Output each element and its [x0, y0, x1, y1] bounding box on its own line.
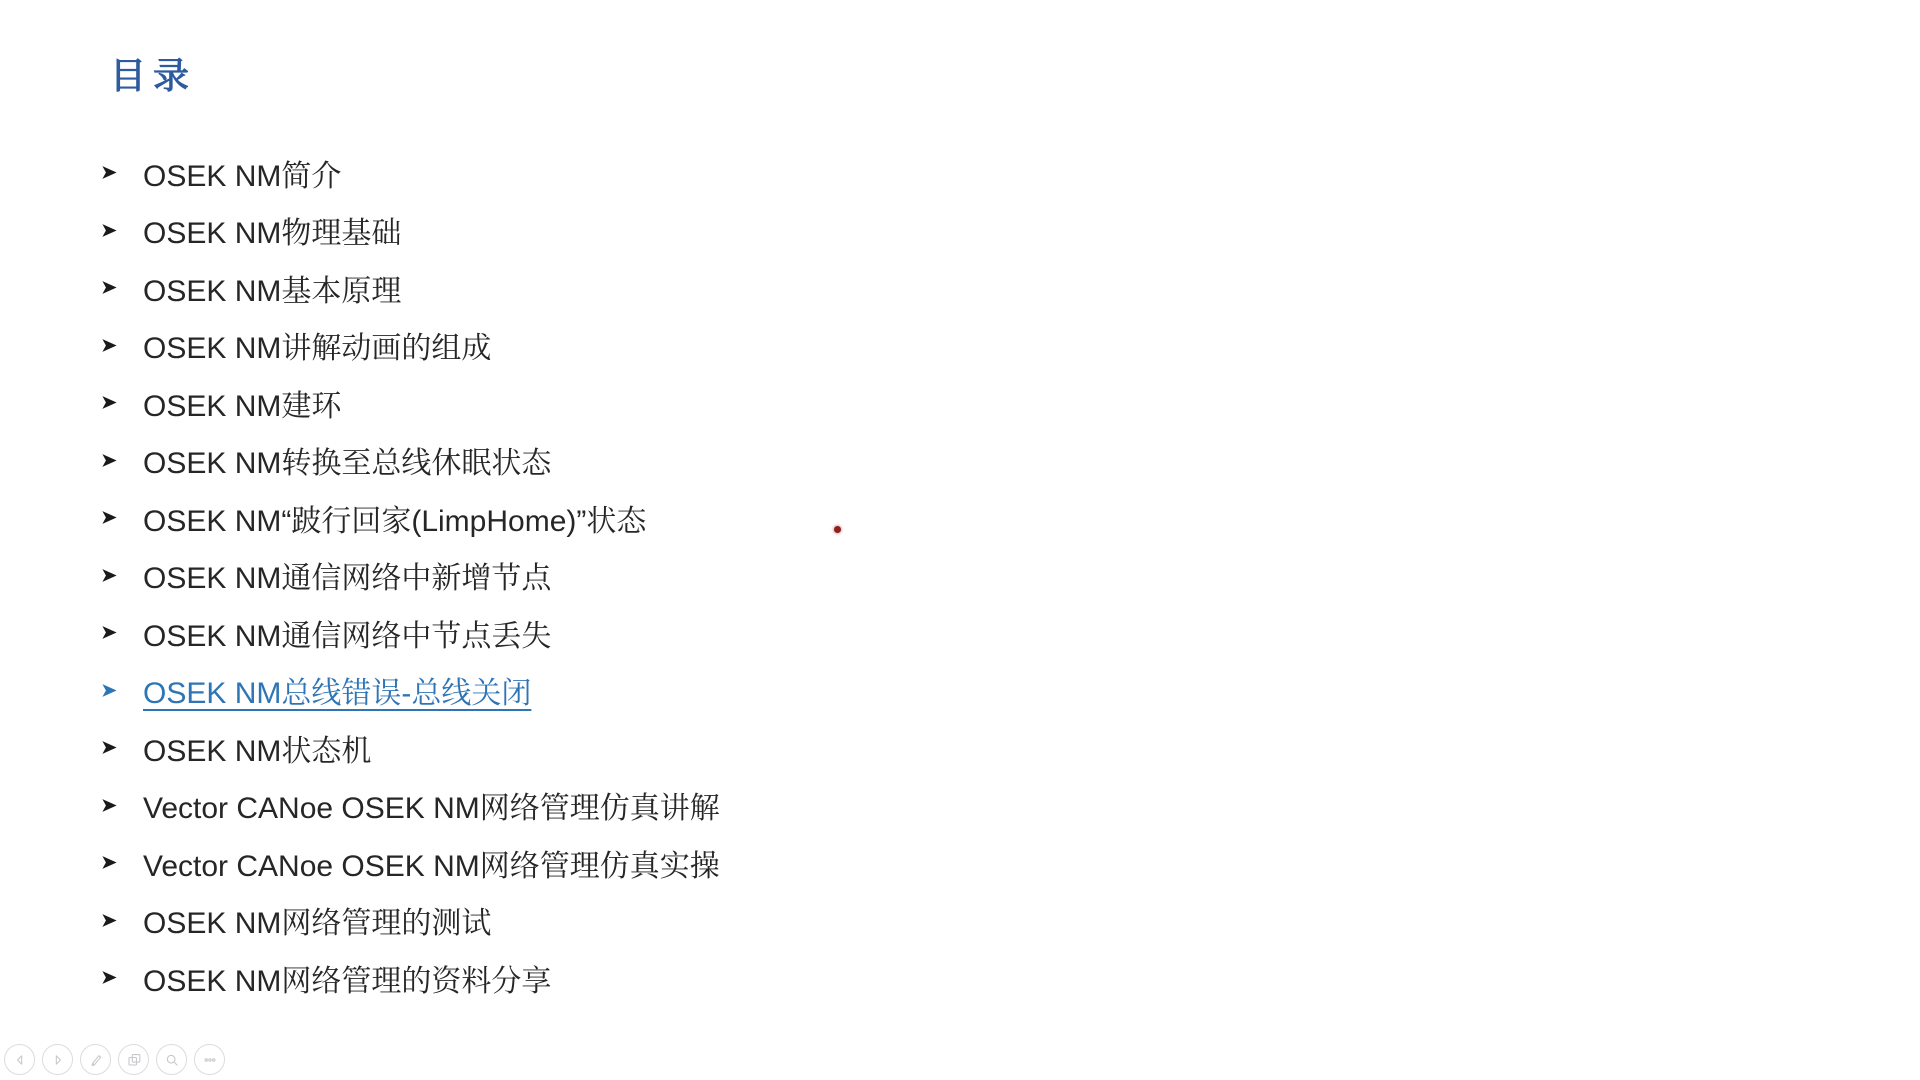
arrow-bullet-icon [100, 853, 143, 872]
toc-row: OSEK NM“跛行回家(LimpHome)”状态 [100, 489, 720, 547]
toc-item-label[interactable]: Vector CANoe OSEK NM网络管理仿真实操 [143, 841, 720, 885]
arrow-bullet-icon [100, 738, 143, 757]
arrow-bullet-icon [100, 451, 143, 470]
page-title: 目录 [110, 48, 196, 99]
toc-item-label[interactable]: OSEK NM状态机 [143, 726, 371, 770]
arrow-bullet-icon [100, 623, 143, 642]
ellipsis-icon [200, 1050, 220, 1070]
more-options-button[interactable] [194, 1044, 225, 1075]
right-arrow-icon [48, 1050, 68, 1070]
toc-item-label[interactable]: OSEK NM网络管理的资料分享 [143, 956, 551, 1000]
arrow-bullet-icon [100, 911, 143, 930]
slide-overview-button[interactable] [118, 1044, 149, 1075]
toc-row: Vector CANoe OSEK NM网络管理仿真讲解 [100, 777, 720, 835]
arrow-bullet-icon [100, 163, 143, 182]
pen-tool-button[interactable] [80, 1044, 111, 1075]
toc-item-label[interactable]: OSEK NM网络管理的测试 [143, 898, 491, 942]
toc-row: OSEK NM转换至总线休眠状态 [100, 432, 720, 490]
toc-item-label[interactable]: OSEK NM“跛行回家(LimpHome)”状态 [143, 496, 646, 540]
arrow-bullet-icon [100, 508, 143, 527]
toc-row: OSEK NM基本原理 [100, 259, 720, 317]
toc-item-label[interactable]: OSEK NM总线错误-总线关闭 [143, 668, 531, 712]
toc-item-label[interactable]: OSEK NM基本原理 [143, 266, 401, 310]
toc-item-label[interactable]: OSEK NM建环 [143, 381, 341, 425]
magnify-button[interactable] [156, 1044, 187, 1075]
toc-row: OSEK NM物理基础 [100, 202, 720, 260]
arrow-bullet-icon [100, 681, 143, 700]
arrow-bullet-icon [100, 278, 143, 297]
presentation-slide: 目录 OSEK NM简介 OSEK NM物理基础 OSEK NM基本原理 OS [0, 0, 1920, 1080]
toc-item-label[interactable]: OSEK NM物理基础 [143, 208, 401, 252]
toc-row: OSEK NM总线错误-总线关闭 [100, 662, 720, 720]
arrow-bullet-icon [100, 221, 143, 240]
toc-row: OSEK NM状态机 [100, 719, 720, 777]
previous-slide-button[interactable] [4, 1044, 35, 1075]
next-slide-button[interactable] [42, 1044, 73, 1075]
laser-pointer-dot [834, 526, 841, 533]
toc-row: Vector CANoe OSEK NM网络管理仿真实操 [100, 834, 720, 892]
toc-row: OSEK NM简介 [100, 144, 720, 202]
arrow-bullet-icon [100, 336, 143, 355]
magnifier-icon [162, 1050, 182, 1070]
toc-item-label[interactable]: OSEK NM讲解动画的组成 [143, 323, 491, 367]
toc-row: OSEK NM建环 [100, 374, 720, 432]
toc-list: OSEK NM简介 OSEK NM物理基础 OSEK NM基本原理 OSEK N… [100, 144, 720, 1007]
arrow-bullet-icon [100, 393, 143, 412]
arrow-bullet-icon [100, 968, 143, 987]
toc-row: OSEK NM通信网络中新增节点 [100, 547, 720, 605]
slideshow-toolbar [4, 1044, 225, 1075]
toc-item-label[interactable]: Vector CANoe OSEK NM网络管理仿真讲解 [143, 783, 720, 827]
arrow-bullet-icon [100, 566, 143, 585]
toc-row: OSEK NM网络管理的资料分享 [100, 949, 720, 1007]
toc-item-label[interactable]: OSEK NM通信网络中节点丢失 [143, 611, 551, 655]
pen-icon [86, 1050, 106, 1070]
toc-row: OSEK NM通信网络中节点丢失 [100, 604, 720, 662]
arrow-bullet-icon [100, 796, 143, 815]
toc-item-label[interactable]: OSEK NM通信网络中新增节点 [143, 553, 551, 597]
toc-row: OSEK NM网络管理的测试 [100, 892, 720, 950]
slides-icon [124, 1050, 144, 1070]
toc-row: OSEK NM讲解动画的组成 [100, 317, 720, 375]
toc-item-label[interactable]: OSEK NM转换至总线休眠状态 [143, 438, 551, 482]
toc-item-label[interactable]: OSEK NM简介 [143, 151, 341, 195]
left-arrow-icon [10, 1050, 30, 1070]
